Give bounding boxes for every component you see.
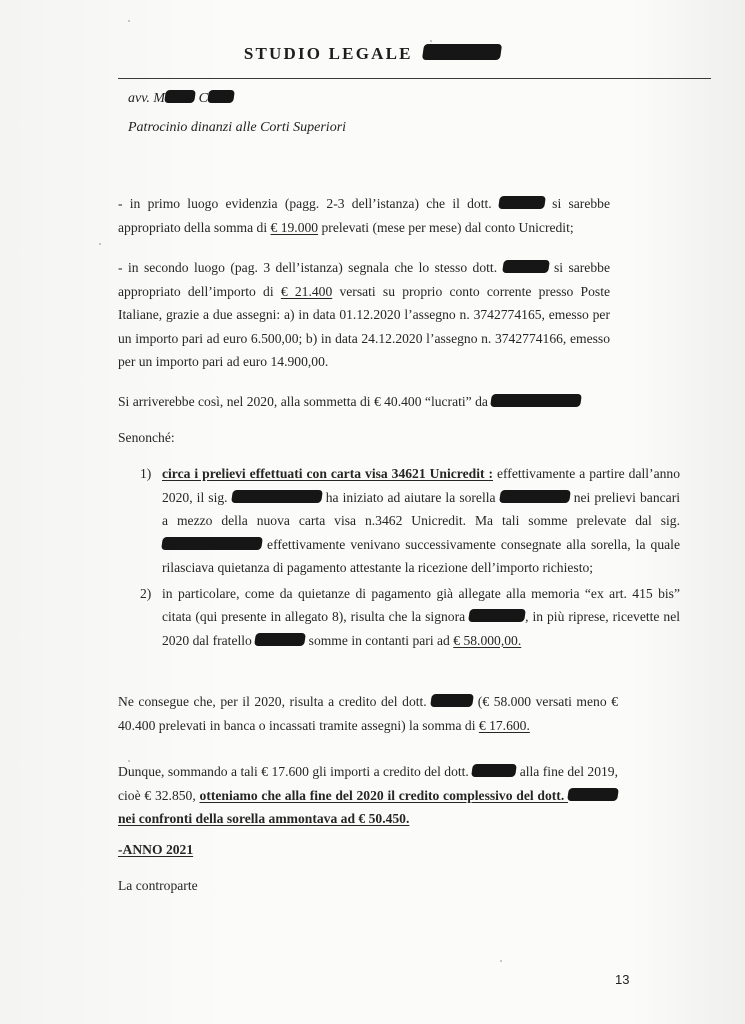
- scan-speck: [500, 960, 502, 962]
- p5-amount: € 17.600.: [479, 718, 530, 733]
- redacted-name: [231, 490, 323, 503]
- lawyer-initial: C: [199, 91, 208, 106]
- scan-speck: [128, 20, 130, 22]
- redacted-name: [468, 609, 526, 622]
- p2-amount: € 21.400: [281, 284, 332, 299]
- paragraph-4: Senonché:: [118, 426, 608, 450]
- item2-amount: € 58.000,00.: [453, 633, 521, 648]
- redacted-name: [490, 394, 582, 407]
- letterhead-title: STUDIO LEGALE: [0, 44, 745, 64]
- list-number: 1): [140, 462, 151, 486]
- paragraph-1: - in primo luogo evidenzia (pagg. 2-3 de…: [118, 192, 610, 239]
- p5-text-a: Ne consegue che, per il 2020, risulta a …: [118, 694, 431, 709]
- p6-text-a: Dunque, sommando a tali € 17.600 gli imp…: [118, 764, 472, 779]
- redacted-last-name: [207, 90, 235, 103]
- page-number: 13: [615, 972, 629, 987]
- paragraph-5: Ne consegue che, per il 2020, risulta a …: [118, 690, 618, 737]
- item1-heading: circa i prelievi effettuati con carta vi…: [162, 466, 493, 481]
- paragraph-6: Dunque, sommando a tali € 17.600 gli imp…: [118, 760, 618, 831]
- document-page: STUDIO LEGALE avv. M C Patrocinio dinanz…: [0, 0, 745, 1024]
- p3-text: Si arriverebbe così, nel 2020, alla somm…: [118, 394, 491, 409]
- redacted-name: [161, 537, 263, 550]
- p1-amount: € 19.000: [271, 220, 319, 235]
- redacted-name: [567, 788, 619, 801]
- section-heading: -ANNO 2021: [118, 838, 608, 862]
- list-number: 2): [140, 582, 151, 606]
- p1-text-c: prelevati (mese per mese) dal conto Unic…: [318, 220, 574, 235]
- redacted-first-name: [164, 90, 196, 103]
- letterhead-rule: [118, 78, 711, 79]
- redacted-name: [499, 490, 571, 503]
- p6-bold-b: nei confronti della sorella ammontava ad…: [118, 811, 409, 826]
- redacted-name: [471, 764, 517, 777]
- list-item: 1) circa i prelievi effettuati con carta…: [140, 462, 680, 580]
- p1-text-a: - in primo luogo evidenzia (pagg. 2-3 de…: [118, 196, 499, 211]
- scan-speck: [99, 243, 101, 245]
- redacted-firm-surname: [422, 44, 502, 60]
- item2-text-c: somme in contanti pari ad: [305, 633, 453, 648]
- lawyer-prefix: avv. M: [128, 91, 165, 106]
- list-item: 2) in particolare, come da quietanze di …: [140, 582, 680, 653]
- redacted-name: [498, 196, 546, 209]
- scan-speck: [430, 40, 432, 42]
- lawyer-subtitle: Patrocinio dinanzi alle Corti Superiori: [128, 120, 346, 136]
- p2-text-a: - in secondo luogo (pag. 3 dell’istanza)…: [118, 260, 503, 275]
- redacted-name: [254, 633, 306, 646]
- paragraph-2: - in secondo luogo (pag. 3 dell’istanza)…: [118, 256, 610, 374]
- paragraph-7: La controparte: [118, 874, 608, 898]
- numbered-list: 1) circa i prelievi effettuati con carta…: [140, 462, 680, 652]
- p6-bold-a: otteniamo che alla fine del 2020 il cred…: [200, 788, 568, 803]
- redacted-name: [430, 694, 474, 707]
- redacted-name: [502, 260, 550, 273]
- scan-speck: [128, 760, 130, 762]
- item1-text-b: ha iniziato ad aiutare la sorella: [322, 490, 500, 505]
- firm-name: STUDIO LEGALE: [244, 44, 413, 63]
- paragraph-3: Si arriverebbe così, nel 2020, alla somm…: [118, 390, 618, 414]
- lawyer-name: avv. M C: [128, 90, 234, 107]
